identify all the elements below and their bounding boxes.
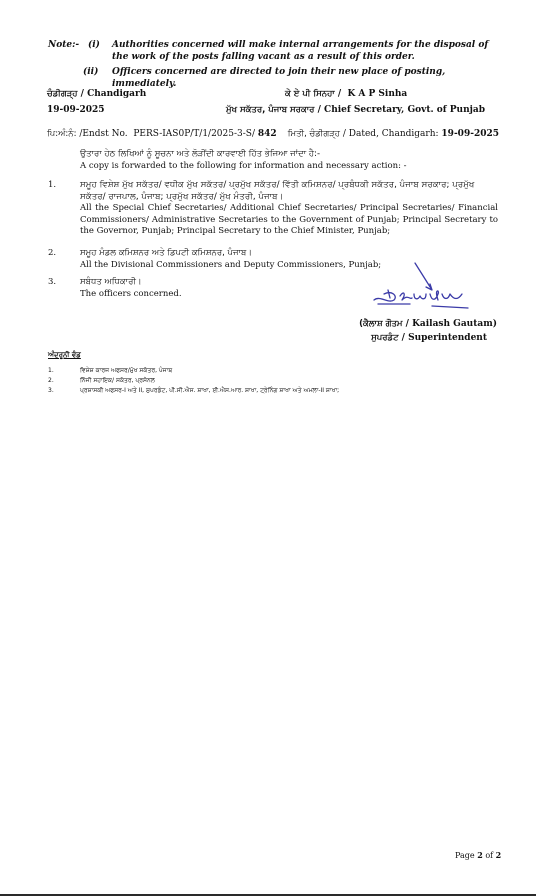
internal-distribution-list: 1. ਵਿਸ਼ੇਸ਼ ਕਾਰਜ ਅਫਸਰ/ਮੁੱਖ ਸਕੱਤਰ, ਪੰਜਾਬ 2… [48, 366, 348, 396]
internal-distribution-title: ਅੰਦਰੂਨੀ ਵੰਡ [48, 351, 81, 360]
note-item-text: Officers concerned are directed to join … [112, 66, 500, 90]
recipient-text-pa: ਸਮੂਹ ਮੰਡਲ ਕਮਿਸ਼ਨਰ ਅਤੇ ਡਿਪਟੀ ਕਮਿਸ਼ਨਰ, ਪੰਜ… [80, 248, 498, 260]
signature-image [370, 260, 470, 318]
recipient-text-pa: ਸਮੂਹ ਵਿਸ਼ੇਸ਼ ਮੁੱਖ ਸਕੱਤਰ/ ਵਧੀਕ ਮੁੱਖ ਸਕੱਤਰ… [80, 180, 498, 203]
note-block: Note:- (i) Authorities concerned will ma… [48, 39, 500, 90]
note-label: Note:- [48, 39, 88, 63]
endorsement-number: ਪਿ:ਅੰ:ਨੰ: /Endst No. PERS-IAS0P/T/1/2025… [47, 128, 277, 140]
header-date: 19-09-2025 [47, 104, 105, 116]
note-item: (ii) Officers concerned are directed to … [48, 66, 500, 90]
note-item-number: (ii) [83, 66, 112, 90]
note-item-text: Authorities concerned will make internal… [112, 39, 500, 63]
endorsement-line: ਪਿ:ਅੰ:ਨੰ: /Endst No. PERS-IAS0P/T/1/2025… [47, 128, 499, 140]
recipient-text-en: All the Special Chief Secretaries/ Addit… [80, 203, 498, 238]
internal-item: 3. ਪ੍ਰਸ਼ਾਸਕੀ ਅਫਸਰ-I ਅਤੇ II, ਸੁਪਰਡੰਟ, ਪੀ.… [48, 386, 348, 396]
forward-text: ਉਤਾਰਾ ਹੇਠ ਲਿਖਿਆਂ ਨੂੰ ਸੂਚਨਾ ਅਤੇ ਲੋੜੀਂਦੀ ਕ… [80, 148, 407, 172]
internal-item: 2. ਨਿੱਜੀ ਸਹਾਇਕ/ ਸਕੱਤਰ, ਪ੍ਰਸੋਨਲ [48, 376, 348, 386]
signatory-name: (ਕੈਲਾਸ਼ ਗੌਤਮ / Kailash Gautam) [340, 318, 497, 330]
document-page: Note:- (i) Authorities concerned will ma… [0, 0, 536, 894]
endorsement-date: ਮਿਤੀ, ਚੰਡੀਗੜ੍ਹ / Dated, Chandigarh: 19-0… [288, 128, 499, 140]
note-item: Note:- (i) Authorities concerned will ma… [48, 39, 500, 63]
recipient-item: 1. ਸਮੂਹ ਵਿਸ਼ੇਸ਼ ਮੁੱਖ ਸਕੱਤਰ/ ਵਧੀਕ ਮੁੱਖ ਸਕ… [48, 180, 498, 238]
sender-name: ਕੇ ਏ ਪੀ ਸਿਨਹਾ / K A P Sinha [285, 88, 407, 100]
header-place: ਚੰਡੀਗੜ੍ਹ / Chandigarh [47, 88, 146, 100]
sender-designation: ਮੁੱਖ ਸਕੱਤਰ, ਪੰਜਾਬ ਸਰਕਾਰ / Chief Secretar… [226, 104, 485, 116]
page-number: Page 2 of 2 [455, 850, 501, 860]
note-item-number: (i) [88, 39, 112, 63]
signatory-title: ਸੁਪਰਡੰਟ / Superintendent [340, 332, 487, 344]
internal-item: 1. ਵਿਸ਼ੇਸ਼ ਕਾਰਜ ਅਫਸਰ/ਮੁੱਖ ਸਕੱਤਰ, ਪੰਜਾਬ [48, 366, 348, 376]
